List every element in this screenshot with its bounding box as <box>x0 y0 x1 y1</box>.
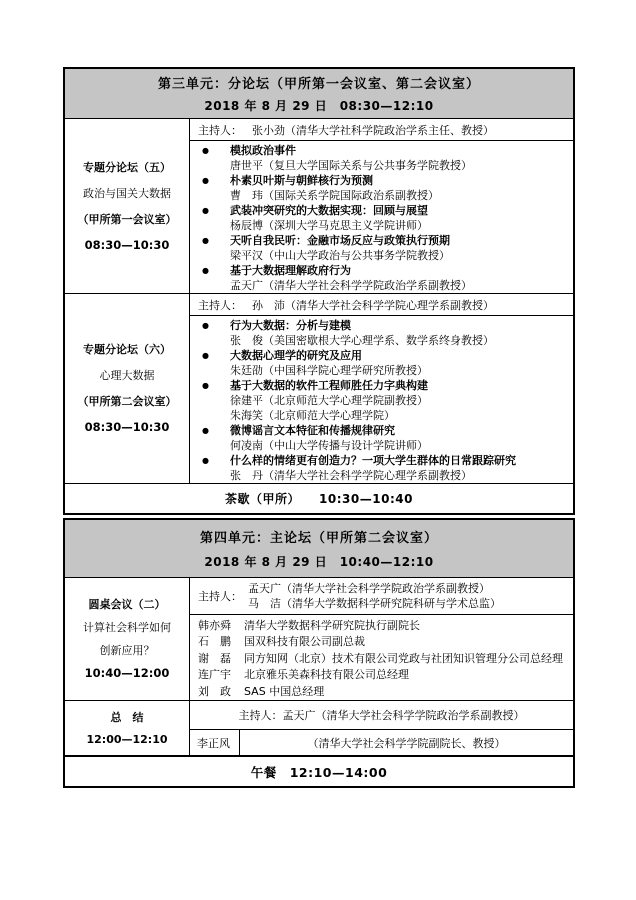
panelist-affiliation: 同方知网（北京）技术有限公司党政与社团知识管理分公司总经理 <box>244 651 565 667</box>
unit3-title: 第三单元：分论坛（甲所第一会议室、第二会议室） <box>65 73 573 92</box>
summary-section: 总 结12:00—12:10 主持人：孟天广（清华大学社会科学学院政治学系副教授… <box>65 701 573 755</box>
talk-title-text: 模拟政治事件 <box>230 143 296 158</box>
summary-side-line: 总 结 <box>111 711 144 724</box>
panelist-row: 石 鹏国双科技有限公司副总裁 <box>198 634 565 650</box>
unit4-table: 第四单元：主论坛（甲所第二会议室） 2018 年 8 月 29 日 10:40—… <box>63 518 575 788</box>
talk-speaker: 朱廷劭（中国科学院心理学研究所教授） <box>194 363 569 378</box>
talk-speaker: 孟天广（清华大学社会科学学院政治学系副教授） <box>194 278 569 293</box>
talk-item: ●朴素贝叶斯与朝鲜核行为预测曹 玮（国际关系学院国际政治系副教授） <box>194 173 569 203</box>
session6-section: 专题分论坛（六）心理大数据（甲所第二会议室）08:30—10:30 主持人： 孙… <box>65 294 573 484</box>
bullet-icon: ● <box>202 173 230 188</box>
talk-item: ●什么样的情绪更有创造力？一项大学生群体的日常跟踪研究张 丹（清华大学社会科学学… <box>194 453 569 483</box>
lunch-row: 午餐 12:10—14:00 <box>65 755 573 786</box>
panelist-name: 石 鹏 <box>198 634 244 650</box>
roundtable-side-line: 10:40—12:00 <box>85 667 170 680</box>
talk-title: ●大数据心理学的研究及应用 <box>194 348 569 363</box>
roundtable-chair-2: 马 洁（清华大学数据科学研究院科研与学术总监） <box>248 596 565 611</box>
session5-side-line: 08:30—10:30 <box>85 239 170 252</box>
talk-item: ●基于大数据理解政府行为孟天广（清华大学社会科学学院政治学系副教授） <box>194 263 569 293</box>
chair-label: 主持人： <box>198 588 248 604</box>
talk-title: ●基于大数据的软件工程师胜任力字典构建 <box>194 378 569 393</box>
session5-side-line: 政治与国关大数据 <box>83 187 171 200</box>
roundtable-chair-1: 孟天广（清华大学社会科学学院政治学系副教授） <box>248 581 565 596</box>
session6-side-line: （甲所第二会议室） <box>78 395 177 408</box>
talk-item: ●行为大数据：分析与建模张 俊（美国密歇根大学心理学系、数学系终身教授） <box>194 318 569 348</box>
talk-speaker: 梁平汉（中山大学政治与公共事务学院教授） <box>194 248 569 263</box>
roundtable-content: 主持人： 孟天广（清华大学社会科学学院政治学系副教授） 马 洁（清华大学数据科学… <box>190 578 573 700</box>
unit3-date: 2018 年 8 月 29 日 08:30—12:10 <box>65 97 573 114</box>
summary-speaker-affiliation: （清华大学社会科学学院副院长、教授） <box>240 730 573 755</box>
talk-speaker: 曹 玮（国际关系学院国际政治系副教授） <box>194 188 569 203</box>
chair-label: 主持人： <box>198 122 242 138</box>
talk-title: ●武装冲突研究的大数据实现：回顾与展望 <box>194 203 569 218</box>
talk-speaker: 杨辰博（深圳大学马克思主义学院讲师） <box>194 218 569 233</box>
panelist-list: 韩亦舜清华大学数据科学研究院执行副院长石 鹏国双科技有限公司副总裁谢 磊同方知网… <box>190 615 573 703</box>
tea-break-row: 茶歇（甲所） 10:30—10:40 <box>65 484 573 513</box>
talk-title-text: 大数据心理学的研究及应用 <box>230 348 362 363</box>
panelist-affiliation: 清华大学数据科学研究院执行副院长 <box>244 618 565 634</box>
summary-side-line: 12:00—12:10 <box>86 733 167 746</box>
talk-item: ●武装冲突研究的大数据实现：回顾与展望杨辰博（深圳大学马克思主义学院讲师） <box>194 203 569 233</box>
talk-title-text: 天听自我民听：金融市场反应与政策执行预期 <box>230 233 450 248</box>
panelist-affiliation: 北京雅乐美森科技有限公司总经理 <box>244 667 565 683</box>
talk-speaker: 何凌南（中山大学传播与设计学院讲师） <box>194 438 569 453</box>
talk-title: ●朴素贝叶斯与朝鲜核行为预测 <box>194 173 569 188</box>
talk-item: ●模拟政治事件唐世平（复旦大学国际关系与公共事务学院教授） <box>194 143 569 173</box>
talk-title: ●基于大数据理解政府行为 <box>194 263 569 278</box>
talk-title: ●模拟政治事件 <box>194 143 569 158</box>
roundtable-chair-names: 孟天广（清华大学社会科学学院政治学系副教授） 马 洁（清华大学数据科学研究院科研… <box>248 581 565 611</box>
talk-title-text: 微博谣言文本特征和传播规律研究 <box>230 423 395 438</box>
schedule-page: 第三单元：分论坛（甲所第一会议室、第二会议室） 2018 年 8 月 29 日 … <box>0 0 636 900</box>
bullet-icon: ● <box>202 423 230 438</box>
panelist-name: 谢 磊 <box>198 651 244 667</box>
panelist-affiliation: 国双科技有限公司副总裁 <box>244 634 565 650</box>
roundtable-chair-row: 主持人： 孟天广（清华大学社会科学学院政治学系副教授） 马 洁（清华大学数据科学… <box>190 578 573 615</box>
summary-content: 主持人：孟天广（清华大学社会科学学院政治学系副教授） 李正风 （清华大学社会科学… <box>190 701 573 755</box>
talk-title: ●什么样的情绪更有创造力？一项大学生群体的日常跟踪研究 <box>194 453 569 468</box>
talk-item: ●基于大数据的软件工程师胜任力字典构建徐建平（北京师范大学心理学院副教授）朱海笑… <box>194 378 569 423</box>
panelist-name: 连广宇 <box>198 667 244 683</box>
session5-content: 主持人： 张小劲（清华大学社科学院政治学系主任、教授） ●模拟政治事件唐世平（复… <box>190 119 573 293</box>
roundtable-side-line: 计算社会科学如何 <box>83 621 171 634</box>
session6-side-line: 08:30—10:30 <box>85 421 170 434</box>
bullet-icon: ● <box>202 263 230 278</box>
unit4-title: 第四单元：主论坛（甲所第二会议室） <box>65 527 573 546</box>
summary-speaker-row: 李正风 （清华大学社会科学学院副院长、教授） <box>190 730 573 755</box>
session6-content: 主持人： 孙 沛（清华大学社会科学学院心理学系副教授） ●行为大数据：分析与建模… <box>190 294 573 483</box>
talk-title-text: 武装冲突研究的大数据实现：回顾与展望 <box>230 203 428 218</box>
talk-item: ●天听自我民听：金融市场反应与政策执行预期梁平汉（中山大学政治与公共事务学院教授… <box>194 233 569 263</box>
session5-chair-row: 主持人： 张小劲（清华大学社科学院政治学系主任、教授） <box>190 119 573 141</box>
session6-talks: ●行为大数据：分析与建模张 俊（美国密歇根大学心理学系、数学系终身教授）●大数据… <box>190 316 573 483</box>
roundtable-side: 圆桌会议（二）计算社会科学如何创新应用？10:40—12:00 <box>65 578 190 700</box>
session5-talks: ●模拟政治事件唐世平（复旦大学国际关系与公共事务学院教授）●朴素贝叶斯与朝鲜核行… <box>190 141 573 293</box>
session5-section: 专题分论坛（五）政治与国关大数据（甲所第一会议室）08:30—10:30 主持人… <box>65 119 573 294</box>
talk-speaker: 徐建平（北京师范大学心理学院副教授） <box>194 393 569 408</box>
talk-title-text: 朴素贝叶斯与朝鲜核行为预测 <box>230 173 373 188</box>
talk-speaker: 朱海笑（北京师范大学心理学院） <box>194 408 569 423</box>
talk-speaker: 唐世平（复旦大学国际关系与公共事务学院教授） <box>194 158 569 173</box>
talk-item: ●微博谣言文本特征和传播规律研究何凌南（中山大学传播与设计学院讲师） <box>194 423 569 453</box>
talk-title-text: 什么样的情绪更有创造力？一项大学生群体的日常跟踪研究 <box>230 453 516 468</box>
bullet-icon: ● <box>202 318 230 333</box>
talk-speaker: 张 丹（清华大学社会科学学院心理学系副教授） <box>194 468 569 483</box>
panelist-name: 韩亦舜 <box>198 618 244 634</box>
panelist-affiliation: SAS 中国总经理 <box>244 684 565 700</box>
bullet-icon: ● <box>202 348 230 363</box>
talk-title-text: 基于大数据的软件工程师胜任力字典构建 <box>230 378 428 393</box>
unit4-date: 2018 年 8 月 29 日 10:40—12:10 <box>65 553 573 570</box>
bullet-icon: ● <box>202 203 230 218</box>
panelist-row: 韩亦舜清华大学数据科学研究院执行副院长 <box>198 618 565 634</box>
unit3-header: 第三单元：分论坛（甲所第一会议室、第二会议室） 2018 年 8 月 29 日 … <box>65 69 573 119</box>
roundtable-section: 圆桌会议（二）计算社会科学如何创新应用？10:40—12:00 主持人： 孟天广… <box>65 578 573 701</box>
session5-chair-name: 张小劲（清华大学社科学院政治学系主任、教授） <box>252 122 494 138</box>
panelist-row: 连广宇北京雅乐美森科技有限公司总经理 <box>198 667 565 683</box>
bullet-icon: ● <box>202 453 230 468</box>
session5-side-line: （甲所第一会议室） <box>78 213 177 226</box>
chair-label: 主持人： <box>198 297 242 313</box>
summary-side: 总 结12:00—12:10 <box>65 701 190 755</box>
panelist-name: 刘 政 <box>198 684 244 700</box>
talk-title-text: 基于大数据理解政府行为 <box>230 263 351 278</box>
summary-speaker-name: 李正风 <box>190 730 240 755</box>
panelist-row: 谢 磊同方知网（北京）技术有限公司党政与社团知识管理分公司总经理 <box>198 651 565 667</box>
session6-chair-name: 孙 沛（清华大学社会科学学院心理学系副教授） <box>252 297 494 313</box>
summary-chair-row: 主持人：孟天广（清华大学社会科学学院政治学系副教授） <box>190 701 573 730</box>
talk-title-text: 行为大数据：分析与建模 <box>230 318 351 333</box>
talk-title: ●微博谣言文本特征和传播规律研究 <box>194 423 569 438</box>
talk-title: ●天听自我民听：金融市场反应与政策执行预期 <box>194 233 569 248</box>
talk-item: ●大数据心理学的研究及应用朱廷劭（中国科学院心理学研究所教授） <box>194 348 569 378</box>
session6-side-line: 心理大数据 <box>100 369 155 382</box>
unit4-header: 第四单元：主论坛（甲所第二会议室） 2018 年 8 月 29 日 10:40—… <box>65 520 573 578</box>
session5-side-line: 专题分论坛（五） <box>83 161 171 174</box>
session5-side: 专题分论坛（五）政治与国关大数据（甲所第一会议室）08:30—10:30 <box>65 119 190 293</box>
unit3-table: 第三单元：分论坛（甲所第一会议室、第二会议室） 2018 年 8 月 29 日 … <box>63 67 575 515</box>
roundtable-side-line: 圆桌会议（二） <box>89 598 166 611</box>
bullet-icon: ● <box>202 378 230 393</box>
roundtable-side-line: 创新应用？ <box>100 644 155 657</box>
talk-speaker: 张 俊（美国密歇根大学心理学系、数学系终身教授） <box>194 333 569 348</box>
panelist-row: 刘 政SAS 中国总经理 <box>198 684 565 700</box>
session6-side-line: 专题分论坛（六） <box>83 343 171 356</box>
bullet-icon: ● <box>202 233 230 248</box>
session6-chair-row: 主持人： 孙 沛（清华大学社会科学学院心理学系副教授） <box>190 294 573 316</box>
talk-title: ●行为大数据：分析与建模 <box>194 318 569 333</box>
bullet-icon: ● <box>202 143 230 158</box>
session6-side: 专题分论坛（六）心理大数据（甲所第二会议室）08:30—10:30 <box>65 294 190 483</box>
